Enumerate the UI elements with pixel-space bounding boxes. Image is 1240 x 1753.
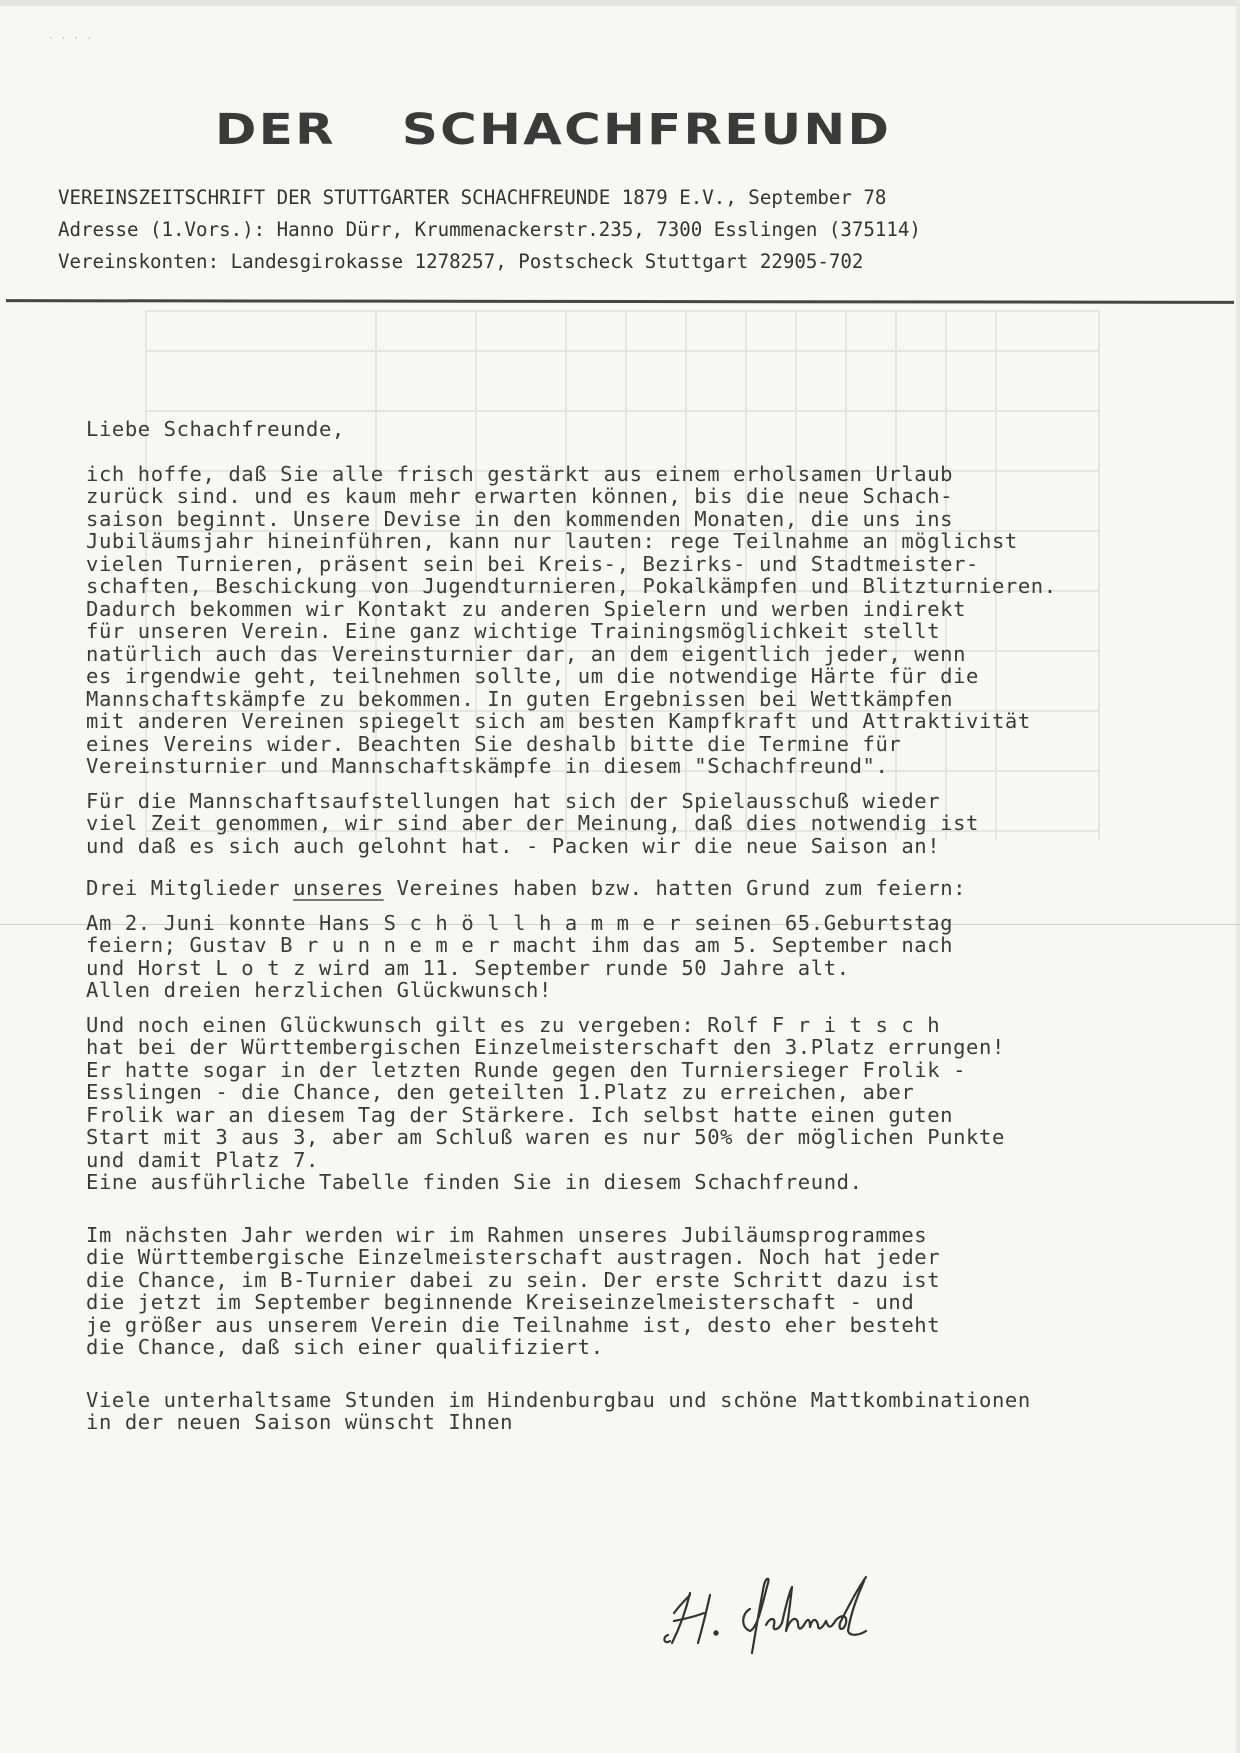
text-line: Start mit 3 aus 3, aber am Schluß waren … [86,1126,1226,1149]
text-line: Im nächsten Jahr werden wir im Rahmen un… [86,1224,1226,1247]
text-line: und daß es sich auch gelohnt hat. - Pack… [86,835,1226,858]
paragraph-spacer [86,900,1226,912]
text-line: Und noch einen Glückwunsch gilt es zu ve… [86,1014,1226,1037]
club-accounts: Vereinskonten: Landesgirokasse 1278257, … [58,246,921,278]
letter-body: Liebe Schachfreunde, ich hoffe, daß Sie … [86,418,1226,1434]
text-line: Dadurch bekommen wir Kontakt zu anderen … [86,598,1226,621]
paragraph-spacer [86,857,1226,877]
club-address: Adresse (1.Vors.): Hanno Dürr, Krummenac… [58,214,921,246]
text-line: es irgendwie geht, teilnehmen sollte, um… [86,665,1226,688]
letter-paragraph: ich hoffe, daß Sie alle frisch gestärkt … [86,463,1226,778]
text-line: feiern; Gustav B r u n n e m e r macht i… [86,934,1226,957]
signature [650,1565,970,1665]
text-line: Frolik war an diesem Tag der Stärkere. I… [86,1104,1226,1127]
letter-paragraph: Für die Mannschaftsaufstellungen hat sic… [86,790,1226,858]
paragraph-spacer [86,1359,1226,1389]
letter-paragraph: Am 2. Juni konnte Hans S c h ö l l h a m… [86,912,1226,1002]
page-edge [1236,0,1240,1753]
text-line: die Chance, daß sich einer qualifiziert. [86,1336,1226,1359]
text-line: mit anderen Vereinen spiegelt sich am be… [86,710,1226,733]
text-line: schaften, Beschickung von Jugendturniere… [86,575,1226,598]
text-line: je größer aus unserem Verein die Teilnah… [86,1314,1226,1337]
text-line: hat bei der Württembergischen Einzelmeis… [86,1036,1226,1059]
text-line: die Württembergische Einzelmeisterschaft… [86,1246,1226,1269]
paragraph-spacer [86,778,1226,790]
text-line: die Chance, im B-Turnier dabei zu sein. … [86,1269,1226,1292]
text-line: in der neuen Saison wünscht Ihnen [86,1411,1226,1434]
text-line: Allen dreien herzlichen Glückwunsch! [86,979,1226,1002]
page-edge [0,0,1240,6]
letter-paragraphs: ich hoffe, daß Sie alle frisch gestärkt … [86,463,1226,1434]
text-line: Drei Mitglieder unseres Vereines haben b… [86,877,1226,900]
text-line: Er hatte sogar in der letzten Runde gege… [86,1059,1226,1082]
grid-line [145,410,1100,412]
handwritten-signature-icon [650,1565,970,1665]
text-line: Mannschaftskämpfe zu bekommen. In guten … [86,688,1226,711]
grid-line [145,310,1100,312]
letter-paragraph: Viele unterhaltsame Stunden im Hindenbur… [86,1389,1226,1434]
letter-paragraph: Und noch einen Glückwunsch gilt es zu ve… [86,1014,1226,1194]
text-line: ich hoffe, daß Sie alle frisch gestärkt … [86,463,1226,486]
paragraph-spacer [86,1002,1226,1014]
publication-title: DER SCHACHFREUND [215,105,1143,155]
text-line: und Horst L o t z wird am 11. September … [86,957,1226,980]
text-line: für unseren Verein. Eine ganz wichtige T… [86,620,1226,643]
text-line: natürlich auch das Vereinsturnier dar, a… [86,643,1226,666]
text-line: die jetzt im September beginnende Kreise… [86,1291,1226,1314]
letter-paragraph: Drei Mitglieder unseres Vereines haben b… [86,877,1226,900]
letter-greeting: Liebe Schachfreunde, [86,418,1226,441]
grid-line [145,350,1100,352]
masthead-divider [6,299,1234,304]
text-line: eines Vereins wider. Beachten Sie deshal… [86,733,1226,756]
paragraph-spacer [86,1194,1226,1224]
text-line: und damit Platz 7. [86,1149,1226,1172]
scan-mark: · · · · [48,34,93,44]
text-line: Viele unterhaltsame Stunden im Hindenbur… [86,1389,1226,1412]
letter-paragraph: Im nächsten Jahr werden wir im Rahmen un… [86,1224,1226,1359]
text-line: Jubiläumsjahr hineinführen, kann nur lau… [86,530,1226,553]
text-line: Vereinsturnier und Mannschaftskämpfe in … [86,755,1226,778]
text-line: Für die Mannschaftsaufstellungen hat sic… [86,790,1226,813]
text-line: viel Zeit genommen, wir sind aber der Me… [86,812,1226,835]
underlined-word: unseres [293,876,384,900]
text-line: Esslingen - die Chance, den geteilten 1.… [86,1081,1226,1104]
text-line: saison beginnt. Unsere Devise in den kom… [86,508,1226,531]
masthead-info: VEREINSZEITSCHRIFT DER STUTTGARTER SCHAC… [58,182,939,278]
text-line: zurück sind. und es kaum mehr erwarten k… [86,485,1226,508]
text-line: Am 2. Juni konnte Hans S c h ö l l h a m… [86,912,1226,935]
text-line: Eine ausführliche Tabelle finden Sie in … [86,1171,1226,1194]
text-line: vielen Turnieren, präsent sein bei Kreis… [86,553,1226,576]
publication-subtitle: VEREINSZEITSCHRIFT DER STUTTGARTER SCHAC… [58,182,921,214]
